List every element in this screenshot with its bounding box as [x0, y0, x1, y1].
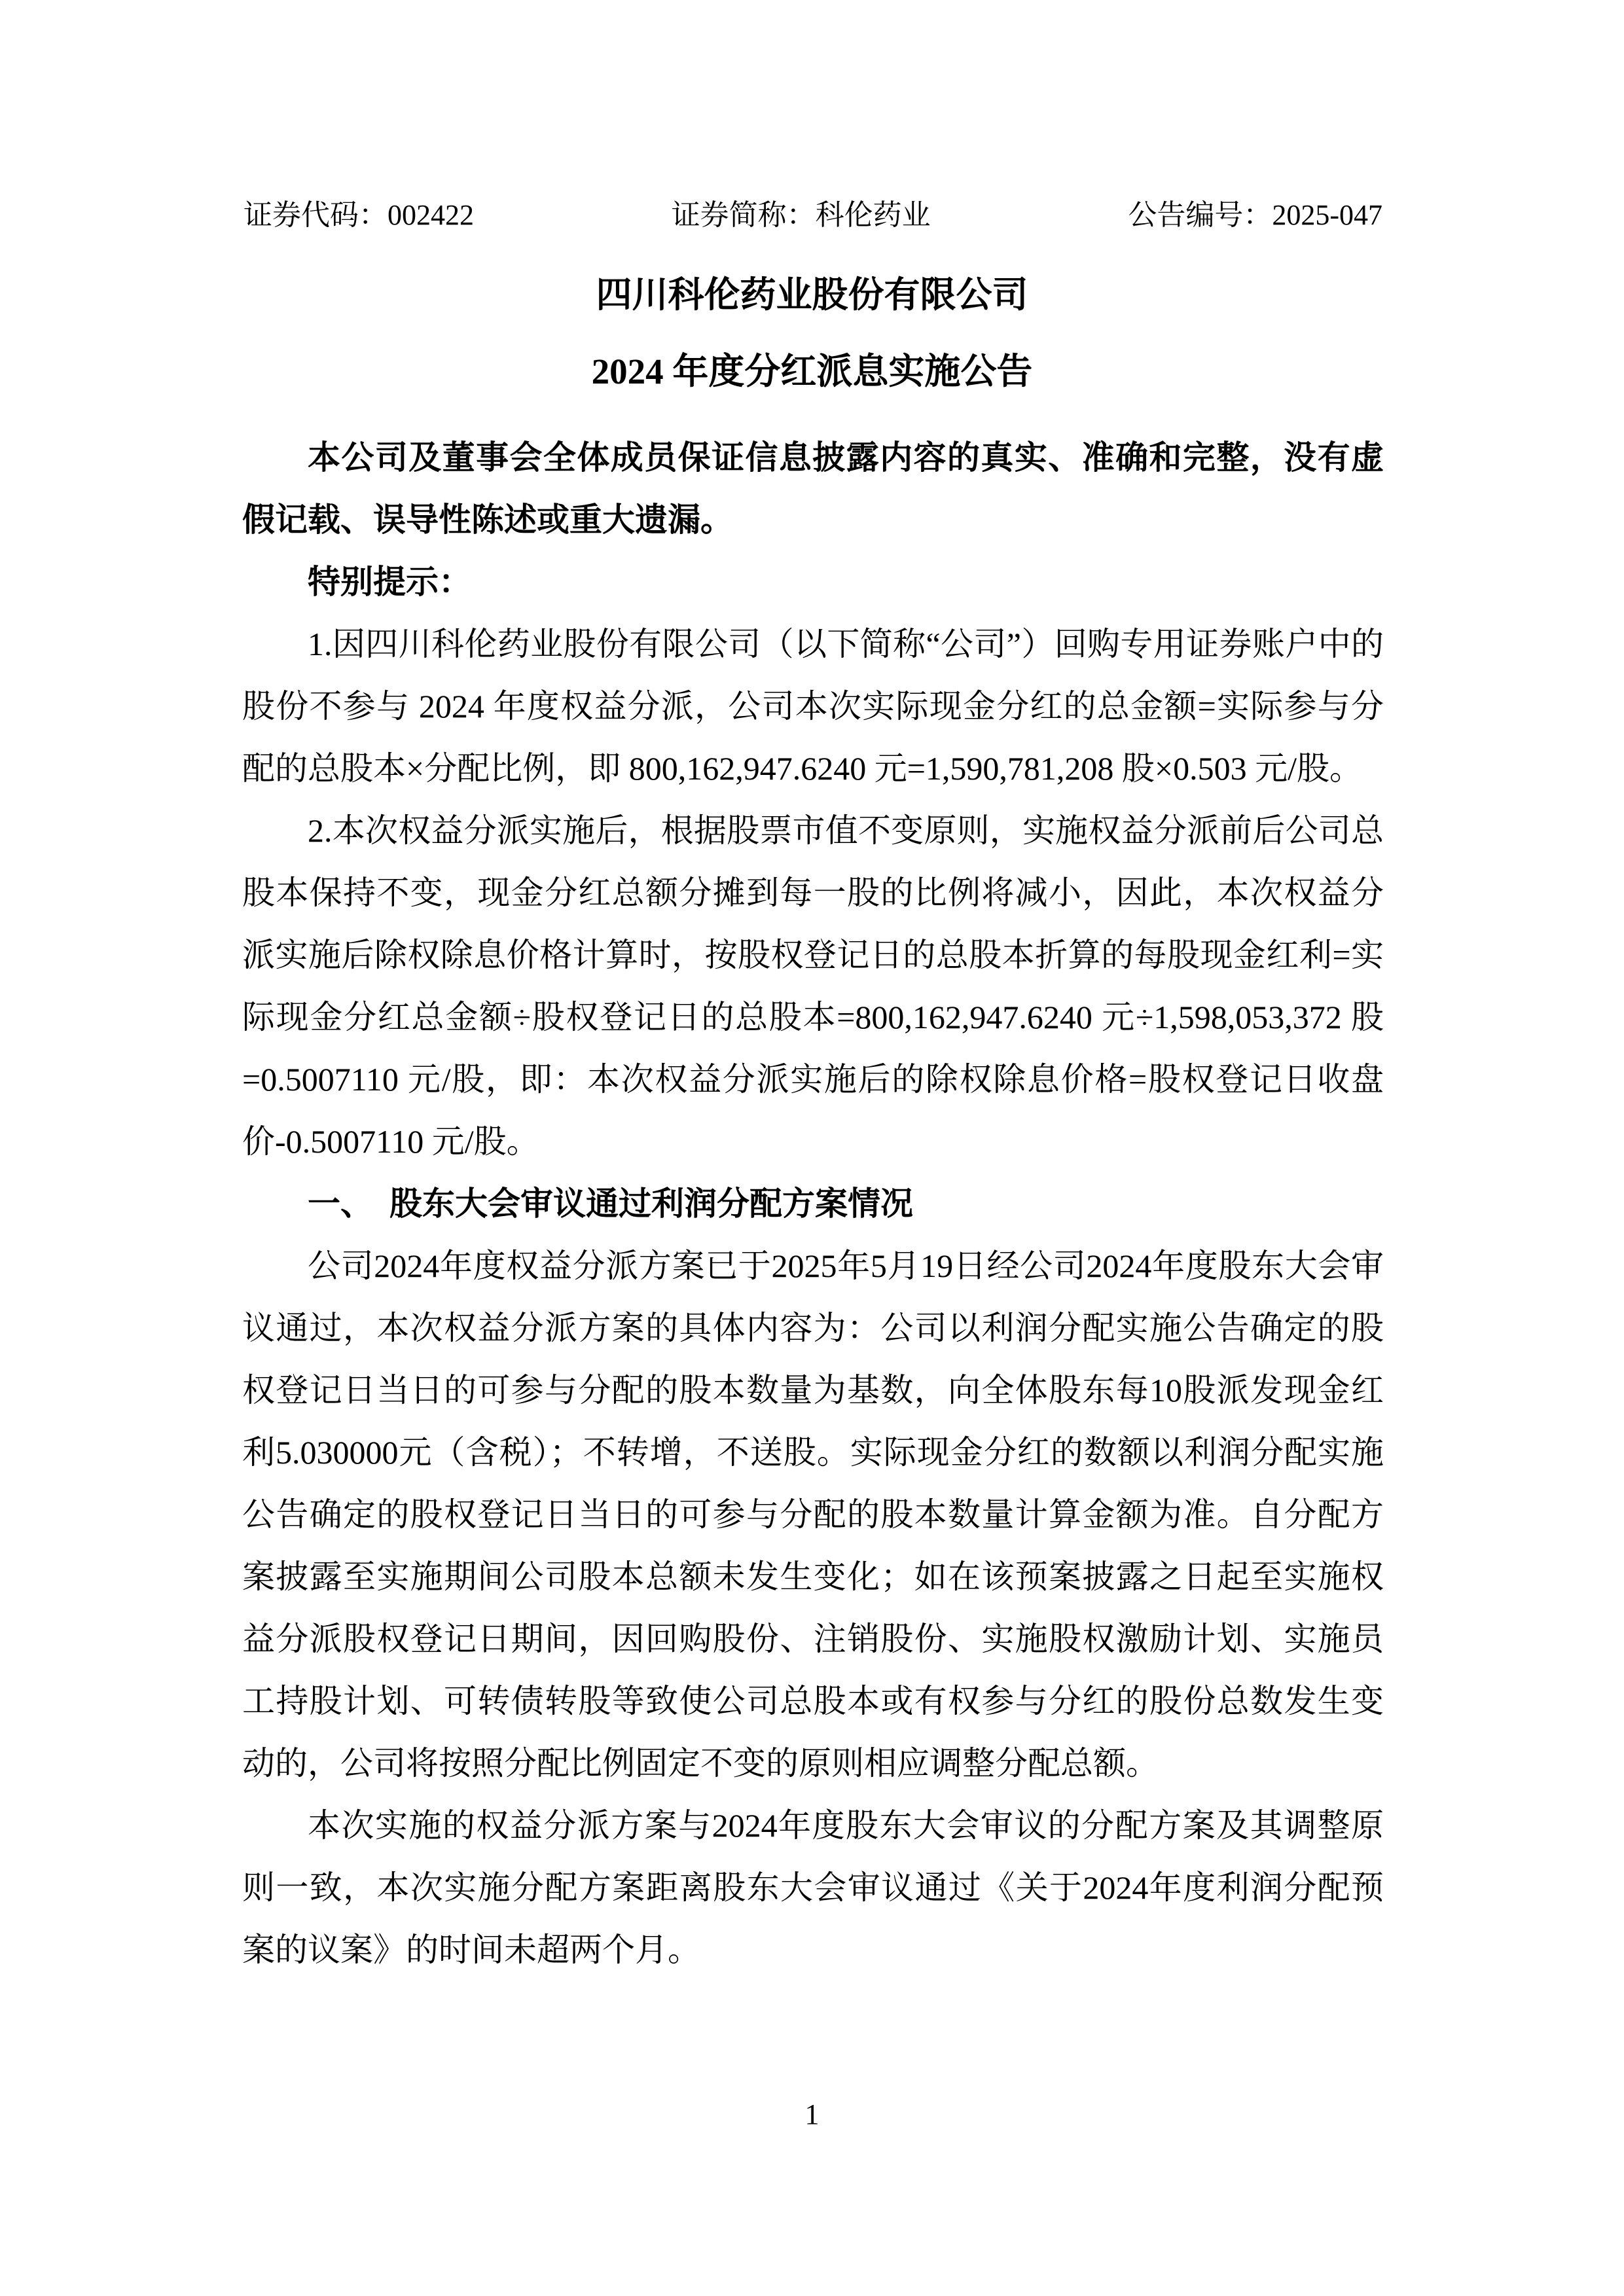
page-number: 1	[0, 2098, 1624, 2132]
document-page: 证券代码：002422 证券简称：科伦药业 公告编号：2025-047 四川科伦…	[0, 0, 1624, 2296]
announcement-title: 2024 年度分红派息实施公告	[0, 351, 1624, 392]
stock-code: 证券代码：002422	[244, 198, 474, 232]
special-note-1: 1.因四川科伦药业股份有限公司（以下简称“公司”）回购专用证券账户中的股份不参与…	[242, 613, 1384, 800]
special-note-2: 2.本次权益分派实施后，根据股票市值不变原则，实施权益分派前后公司总股本保持不变…	[242, 800, 1384, 1173]
document-body: 本公司及董事会全体成员保证信息披露内容的真实、准确和完整，没有虚假记载、误导性陈…	[242, 427, 1384, 1981]
company-title: 四川科伦药业股份有限公司	[0, 275, 1624, 315]
announcement-number: 公告编号：2025-047	[1128, 198, 1382, 232]
section-1-heading: 一、 股东大会审议通过利润分配方案情况	[242, 1173, 1384, 1235]
integrity-statement: 本公司及董事会全体成员保证信息披露内容的真实、准确和完整，没有虚假记载、误导性陈…	[242, 427, 1384, 551]
stock-abbreviation: 证券简称：科伦药业	[672, 198, 931, 232]
document-header: 证券代码：002422 证券简称：科伦药业 公告编号：2025-047	[244, 198, 1382, 232]
section-1-paragraph-2: 本次实施的权益分派方案与2024年度股东大会审议的分配方案及其调整原则一致，本次…	[242, 1795, 1384, 1981]
section-1-paragraph-1: 公司2024年度权益分派方案已于2025年5月19日经公司2024年度股东大会审…	[242, 1235, 1384, 1795]
special-notice-heading: 特别提示：	[242, 551, 1384, 613]
